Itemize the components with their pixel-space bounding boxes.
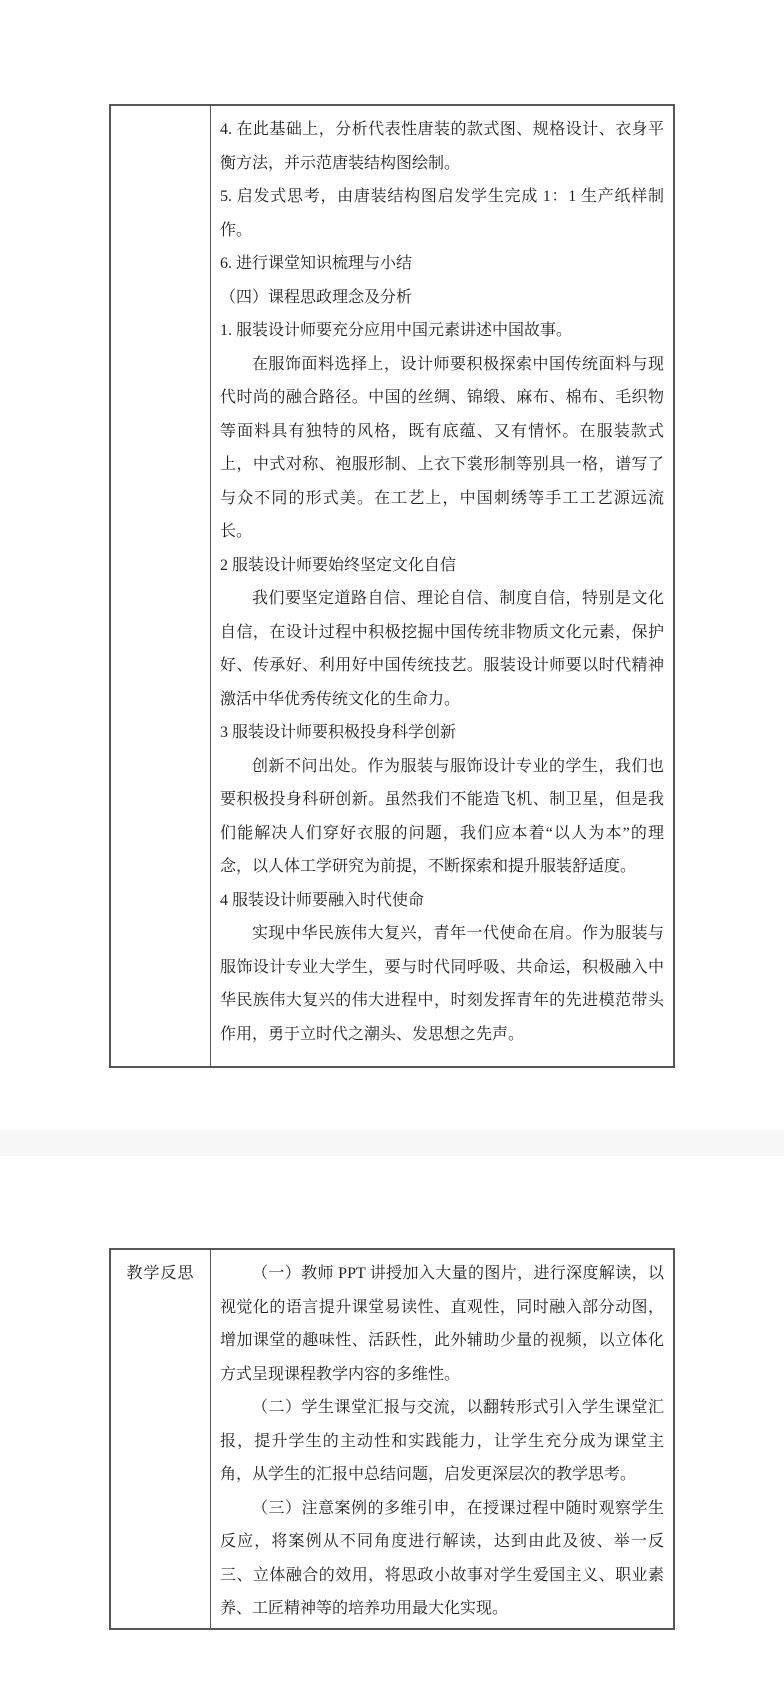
paragraph: 6. 进行课堂知识梳理与小结 — [220, 247, 664, 281]
paragraph: 在服饰面料选择上，设计师要积极探索中国传统面料与现代时尚的融合路径。中国的丝绸、… — [220, 348, 664, 549]
paragraph: 5. 启发式思考，由唐装结构图启发学生完成 1：1 生产纸样制作。 — [220, 180, 664, 247]
paragraph: （二）学生课堂汇报与交流，以翻转形式引入学生课堂汇报，提升学生的主动性和实践能力… — [220, 1391, 664, 1492]
paragraph: （一）教师 PPT 讲授加入大量的图片，进行深度解读，以视觉化的语言提升课堂易读… — [220, 1257, 664, 1391]
teaching-reflection-table: 教学反思 （一）教师 PPT 讲授加入大量的图片，进行深度解读，以视觉化的语言提… — [109, 1248, 675, 1630]
teaching-reflection-content-cell[interactable]: （一）教师 PPT 讲授加入大量的图片，进行深度解读，以视觉化的语言提升课堂易读… — [211, 1250, 673, 1628]
paragraph: 4 服装设计师要融入时代使命 — [220, 884, 664, 918]
paragraph: （四）课程思政理念及分析 — [220, 281, 664, 315]
paragraph: 创新不问出处。作为服装与服饰设计专业的学生，我们也要积极投身科研创新。虽然我们不… — [220, 750, 664, 884]
table1-content-cell[interactable]: 4. 在此基础上，分析代表性唐装的款式图、规格设计、衣身平衡方法，并示范唐装结构… — [211, 106, 673, 1066]
paragraph: 2 服装设计师要始终坚定文化自信 — [220, 549, 664, 583]
table1-label-cell[interactable] — [111, 106, 211, 1066]
paragraph: 4. 在此基础上，分析代表性唐装的款式图、规格设计、衣身平衡方法，并示范唐装结构… — [220, 113, 664, 180]
paragraph: 1. 服装设计师要充分应用中国元素讲述中国故事。 — [220, 314, 664, 348]
paragraph: （三）注意案例的多维引申，在授课过程中随时观察学生反应，将案例从不同角度进行解读… — [220, 1492, 664, 1626]
paragraph: 3 服装设计师要积极投身科学创新 — [220, 716, 664, 750]
document-page: 4. 在此基础上，分析代表性唐装的款式图、规格设计、衣身平衡方法，并示范唐装结构… — [0, 0, 784, 1699]
paragraph: 实现中华民族伟大复兴，青年一代使命在肩。作为服装与服饰设计专业大学生，要与时代同… — [220, 917, 664, 1051]
page-break-separator — [0, 1130, 784, 1156]
lesson-plan-table-continuation: 4. 在此基础上，分析代表性唐装的款式图、规格设计、衣身平衡方法，并示范唐装结构… — [109, 104, 675, 1068]
paragraph: 我们要坚定道路自信、理论自信、制度自信，特别是文化自信，在设计过程中积极挖掘中国… — [220, 582, 664, 716]
teaching-reflection-label[interactable]: 教学反思 — [111, 1250, 211, 1628]
